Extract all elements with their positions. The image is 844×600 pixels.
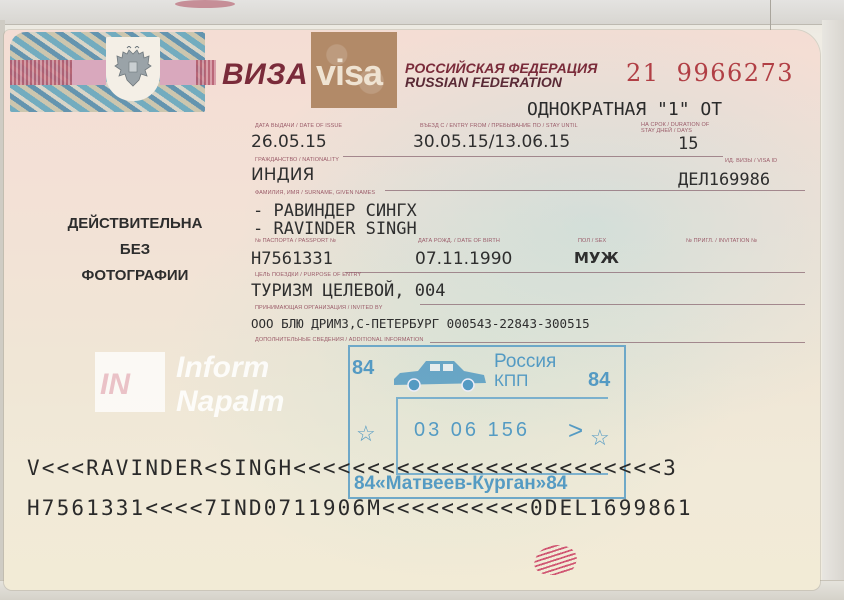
issuing-country: РОССИЙСКАЯ ФЕДЕРАЦИЯ RUSSIAN FEDERATION (405, 61, 597, 89)
mrz-line-2: H7561331<<<<7IND0711906M<<<<<<<<<<0DEL16… (27, 496, 693, 520)
visa-serial-number: 21 9966273 (626, 59, 794, 87)
duration-label: НА СРОК / DURATION OF STAY ДНЕЙ / DAYS (641, 122, 711, 134)
page-right-edge (822, 20, 844, 590)
notice-line: БЕЗ (40, 237, 230, 263)
star-icon: ☆ (356, 421, 376, 447)
hologram-stripe (10, 60, 72, 85)
additional-info-label: ДОПОЛНИТЕЛЬНЫЕ СВЕДЕНИЯ / ADDITIONAL INF… (255, 337, 423, 343)
passport-number-value: H7561331 (251, 249, 333, 269)
purpose-value: ТУРИЗМ ЦЕЛЕВОЙ, 004 (251, 281, 445, 301)
visa-id-label: ИД. ВИЗЫ / VISA ID (725, 158, 777, 164)
visa-title-ru: ВИЗА (222, 58, 308, 92)
field-underline (430, 342, 805, 343)
date-of-birth-value: 07.11.1990 (415, 249, 512, 269)
sex-label: ПОЛ / SEX (578, 238, 606, 244)
country-name-en: RUSSIAN FEDERATION (405, 75, 597, 89)
field-underline (345, 272, 805, 273)
hologram-stripe (196, 60, 216, 85)
watermark-line: Napalm (176, 385, 284, 419)
stamp-date: 03 06 156 (414, 419, 530, 442)
previous-page-edge (0, 0, 844, 25)
coat-of-arms (106, 37, 160, 101)
field-underline (343, 156, 723, 157)
field-underline (420, 304, 805, 305)
field-underline (385, 190, 805, 191)
visa-id-value: ДЕЛ169986 (678, 170, 770, 190)
name-latin: - RAVINDER SINGH (253, 219, 417, 239)
stamp-country: Россия (494, 351, 556, 373)
stamp-code-left: 84 (352, 357, 374, 380)
notice-line: ДЕЙСТВИТЕЛЬНА (40, 211, 230, 237)
mrz-line-1: V<<<RAVINDER<SINGH<<<<<<<<<<<<<<<<<<<<<<… (27, 456, 678, 480)
name-cyrillic: - РАВИНДЕР СИНГХ (253, 201, 417, 221)
date-of-issue-value: 26.05.15 (251, 132, 327, 152)
stamp-checkpoint-type: КПП (494, 371, 528, 391)
names-label: ФАМИЛИЯ, ИМЯ / SURNAME, GIVEN NAMES (255, 190, 375, 196)
passport-number-label: № ПАСПОРТА / PASSPORT № (255, 238, 336, 244)
date-of-birth-label: ДАТА РОЖД. / DATE OF BIRTH (418, 238, 500, 244)
stamp-code-right: 84 (588, 369, 610, 392)
number-of-entries: ОДНОКРАТНАЯ "1" ОТ (527, 99, 722, 120)
ink-smudge (175, 0, 235, 8)
eagle-emblem-icon (113, 46, 153, 92)
nationality-value: ИНДИЯ (251, 165, 314, 185)
car-icon (390, 357, 490, 393)
sex-value: МУЖ (574, 249, 619, 267)
invitation-number-label: № ПРИГЛ. / INVITATION № (686, 238, 757, 244)
country-name-ru: РОССИЙСКАЯ ФЕДЕРАЦИЯ (405, 61, 597, 75)
duration-value: 15 (678, 134, 698, 154)
watermark-line: Inform (176, 351, 284, 385)
validity-value: 30.05.15/13.06.15 (413, 132, 570, 152)
stamp-direction-arrow: > (568, 415, 583, 446)
visa-title-en: visa (316, 52, 382, 94)
hologram-stripe (160, 60, 196, 85)
watermark-text: Inform Napalm (176, 351, 284, 419)
nationality-label: ГРАЖДАНСТВО / NATIONALITY (255, 157, 339, 163)
hologram-stripe (72, 60, 106, 85)
watermark-logo: IN (100, 368, 130, 402)
notice-line: ФОТОГРАФИИ (40, 263, 230, 289)
inviting-organization-value: ООО БЛЮ ДРИМЗ,С-ПЕТЕРБУРГ 000543-22843-3… (251, 316, 590, 331)
purpose-label: ЦЕЛЬ ПОЕЗДКИ / PURPOSE OF ENTRY (255, 272, 361, 278)
validity-label: ВЪЕЗД С / ENTRY FROM / ПРЕБЫВАНИЕ ПО / S… (420, 123, 578, 129)
inviting-organization-label: ПРИНИМАЮЩАЯ ОРГАНИЗАЦИЯ / INVITED BY (255, 305, 383, 311)
date-of-issue-label: ДАТА ВЫДАЧИ / DATE OF ISSUE (255, 123, 342, 129)
valid-without-photo-notice: ДЕЙСТВИТЕЛЬНА БЕЗ ФОТОГРАФИИ (40, 211, 230, 289)
